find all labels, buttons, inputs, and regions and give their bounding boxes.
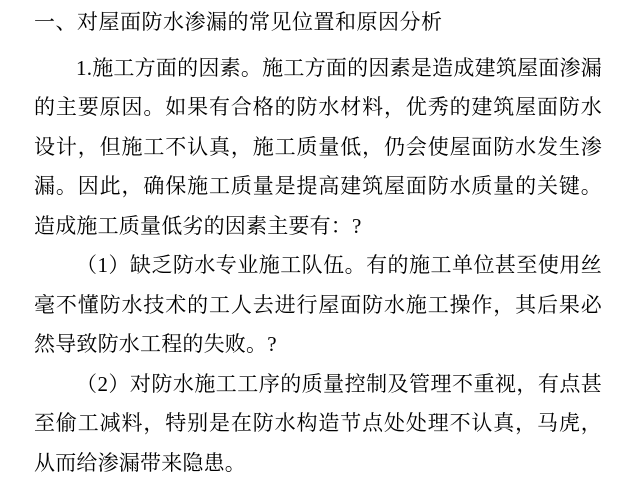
document-page: 一、对屋面防水渗漏的常见位置和原因分析 1.施工方面的因素。施工方面的因素是造成… <box>0 0 632 499</box>
paragraph-item-1-lack-of-professional-teams: （1）缺乏防水专业施工队伍。有的施工单位甚至使用丝毫不懂防水技术的工人去进行屋面… <box>34 246 602 365</box>
paragraph-item-2-quality-control-neglect: （2）对防水施工工序的质量控制及管理不重视，有点甚至偷工减料，特别是在防水构造节… <box>34 365 602 484</box>
paragraph-construction-factors: 1.施工方面的因素。施工方面的因素是造成建筑屋面渗漏的主要原因。如果有合格的防水… <box>34 49 602 247</box>
section-heading: 一、对屋面防水渗漏的常见位置和原因分析 <box>34 3 602 43</box>
